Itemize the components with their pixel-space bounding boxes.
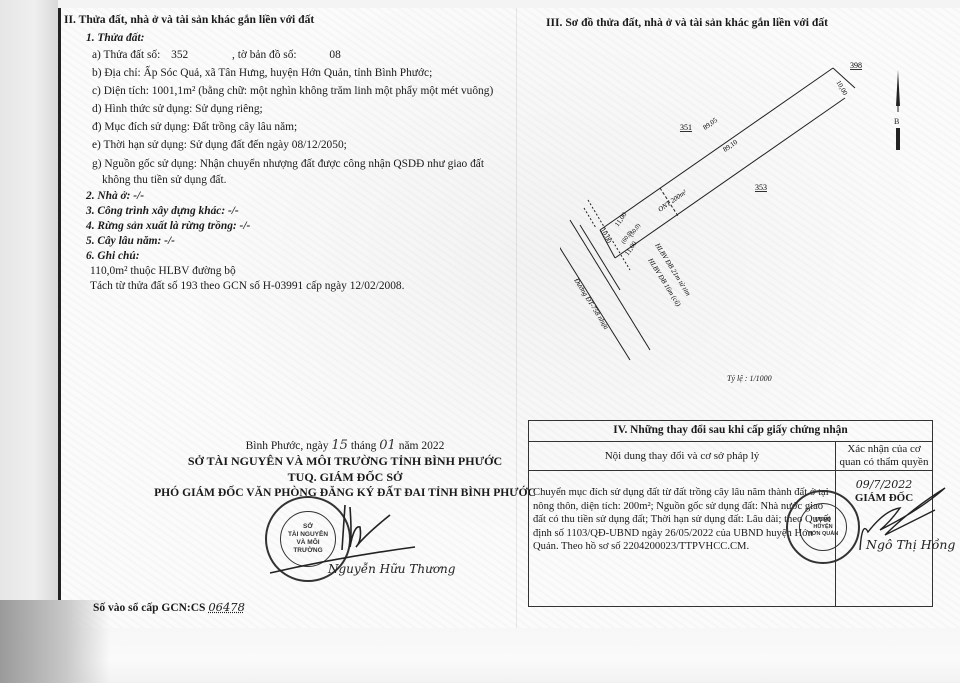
neighbor-353: 353	[755, 183, 767, 192]
seal-text-1: SỞ	[303, 523, 313, 531]
changes-table-title: IV. Những thay đổi sau khi cấp giấy chứn…	[529, 421, 933, 442]
road-label: Đường ĐT-758 nhựa	[572, 276, 611, 331]
north-arrow-icon	[896, 70, 900, 150]
issuer-org-line-2: TUQ. GIÁM ĐỐC SỞ	[150, 469, 540, 485]
use-purpose: đ) Mục đích sử dụng: Đất trồng cây lâu n…	[92, 120, 297, 136]
signer-name-left: Nguyễn Hữu Thương	[328, 562, 455, 576]
other-construction-row: 3. Công trình xây dựng khác: -/-	[86, 204, 239, 220]
column-header-confirm: Xác nhận của cơ quan có thẩm quyền	[836, 442, 933, 471]
land-origin-line2: không thu tiền sử dụng đất.	[92, 173, 484, 189]
seal-center-right: UBND HUYỆN HỚN QUẢN	[799, 503, 847, 551]
confirmation-date: 09/7/2022	[836, 478, 932, 492]
section-title-diagram: III. Sơ đồ thửa đất, nhà ở và tài sản kh…	[546, 16, 828, 29]
month-prefix: tháng	[351, 440, 377, 452]
official-seal-right: UBND HUYỆN HỚN QUẢN	[786, 490, 860, 564]
house-row: 2. Nhà ở: -/-	[86, 189, 144, 205]
map-sheet-label: , tờ bản đồ số:	[232, 49, 297, 61]
plot-number-row: a) Thửa đất số: 352 , tờ bản đồ số: 08	[92, 48, 341, 64]
seal-center: SỞ TÀI NGUYÊN VÀ MÔI TRƯỜNG	[280, 511, 336, 567]
issue-date: Bình Phước, ngày 15 tháng 01 năm 2022	[150, 438, 540, 453]
section-title-land: II. Thửa đất, nhà ở và tài sản khác gắn …	[64, 12, 314, 28]
production-forest-row: 4. Rừng sản xuất là rừng trồng: -/-	[86, 219, 250, 235]
seal-text-2: TÀI NGUYÊN	[288, 531, 328, 539]
land-origin: g) Nguồn gốc sử dụng: Nhận chuyển nhượng…	[92, 157, 484, 189]
changes-table: IV. Những thay đổi sau khi cấp giấy chứn…	[528, 420, 933, 607]
note-line-1: 110,0m² thuộc HLBV đường bộ	[90, 264, 236, 280]
issuer-org-line-3: PHÓ GIÁM ĐỐC VĂN PHÒNG ĐĂNG KÝ ĐẤT ĐAI T…	[150, 485, 540, 501]
issue-month: 01	[379, 438, 396, 453]
seal-right-text-3: HỚN QUẢN	[808, 531, 838, 538]
use-form: d) Hình thức sử dụng: Sử dụng riêng;	[92, 102, 263, 118]
dimension-front-width: 10,00	[598, 227, 613, 245]
area: c) Diện tích: 1001,1m² (bằng chữ: một ng…	[92, 84, 493, 100]
seal-right-text-1: UBND	[815, 517, 831, 524]
map-scale: Tỷ lệ : 1/1000	[727, 374, 772, 383]
plot-number: 352	[163, 48, 229, 64]
notes-heading: 6. Ghi chú:	[86, 249, 139, 265]
page-fold	[516, 8, 517, 628]
column-header-content: Nội dung thay đổi và cơ sở pháp lý	[529, 442, 836, 471]
north-label: B	[894, 117, 899, 126]
issue-day: 15	[331, 438, 348, 453]
land-origin-line1: g) Nguồn gốc sử dụng: Nhận chuyển nhượng…	[92, 158, 484, 170]
dimension-front-upper: 11,00	[613, 210, 629, 228]
signer-name-right: Ngô Thị Hồng	[866, 537, 955, 552]
land-plot-heading: 1. Thửa đất:	[86, 31, 144, 47]
note-line-2: Tách từ thửa đất số 193 theo GCN số H-03…	[90, 279, 404, 295]
date-prefix: Bình Phước, ngày	[246, 440, 329, 452]
plot-number-label: a) Thửa đất số:	[92, 49, 160, 61]
neighbor-398: 398	[850, 61, 862, 70]
scanner-bottom-area	[0, 628, 960, 683]
perennial-trees-row: 5. Cây lâu năm: -/-	[86, 234, 175, 250]
issue-year: năm 2022	[399, 440, 445, 452]
dimension-upper: 89,05	[702, 116, 720, 132]
registry-label: Số vào sổ cấp GCN:CS	[93, 602, 205, 614]
land-plot-diagram: B 398 351 353 10,00 89,05 89,10 ONT 200m…	[560, 40, 960, 400]
address: b) Địa chỉ: Ấp Sóc Quả, xã Tân Hưng, huy…	[92, 66, 432, 82]
issuer-signature-block: Bình Phước, ngày 15 tháng 01 năm 2022 SỞ…	[150, 438, 540, 501]
registry-number: Số vào sổ cấp GCN:CS 06478	[93, 600, 245, 614]
neighbor-351: 351	[680, 123, 692, 132]
registry-value: 06478	[208, 600, 245, 614]
map-sheet-number: 08	[299, 48, 340, 64]
dimension-top: 10,00	[834, 79, 849, 97]
dimension-lower: 89,10	[722, 138, 740, 154]
seal-text-3: VÀ MÔI TRƯỜNG	[281, 539, 335, 555]
scanner-background	[0, 0, 58, 683]
seal-right-text-2: HUYỆN	[813, 524, 832, 531]
issuer-org-line-1: SỞ TÀI NGUYÊN VÀ MÔI TRƯỜNG TỈNH BÌNH PH…	[150, 453, 540, 469]
use-term: e) Thời hạn sử dụng: Sử dụng đất đến ngà…	[92, 138, 347, 154]
